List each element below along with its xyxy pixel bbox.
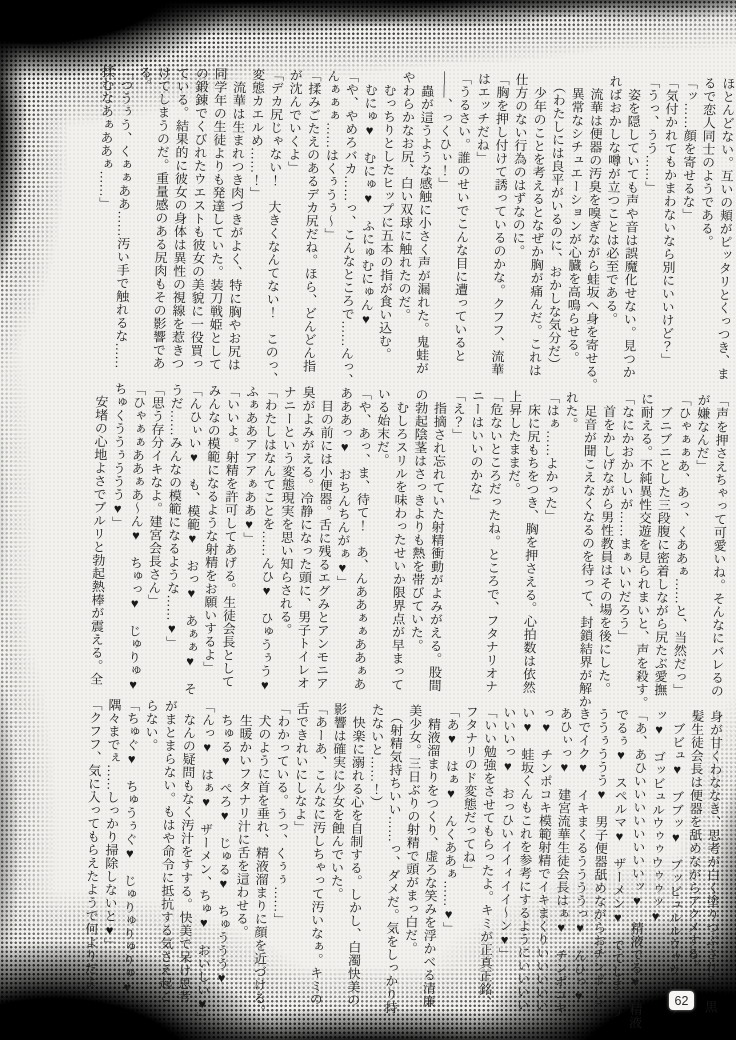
- page-number-badge: 62: [669, 991, 694, 1010]
- text-band-middle: 「声を押さえちゃって可愛いね。そんなにバレるのが嫌なんだ」「ひゃぁぁあ、あっ、く…: [85, 382, 731, 708]
- page-number: 62: [675, 994, 689, 1008]
- scanned-novel-page: { "colors": { "paper": "#f2f1ee", "ink":…: [0, 0, 736, 1040]
- text-band-bottom: 身が甘くわななき、思考が白く塗りつぶされる。黒髪生徒会長は便器を舐めながらアクメ…: [79, 698, 725, 1024]
- text-band-top: ほとんどない。互いの頬がピッタリとくっつき、まるで恋人同士のようである。「ッ………: [91, 65, 736, 391]
- page-text-layer: ほとんどない。互いの頬がピッタリとくっつき、まるで恋人同士のようである。「ッ………: [0, 0, 736, 1040]
